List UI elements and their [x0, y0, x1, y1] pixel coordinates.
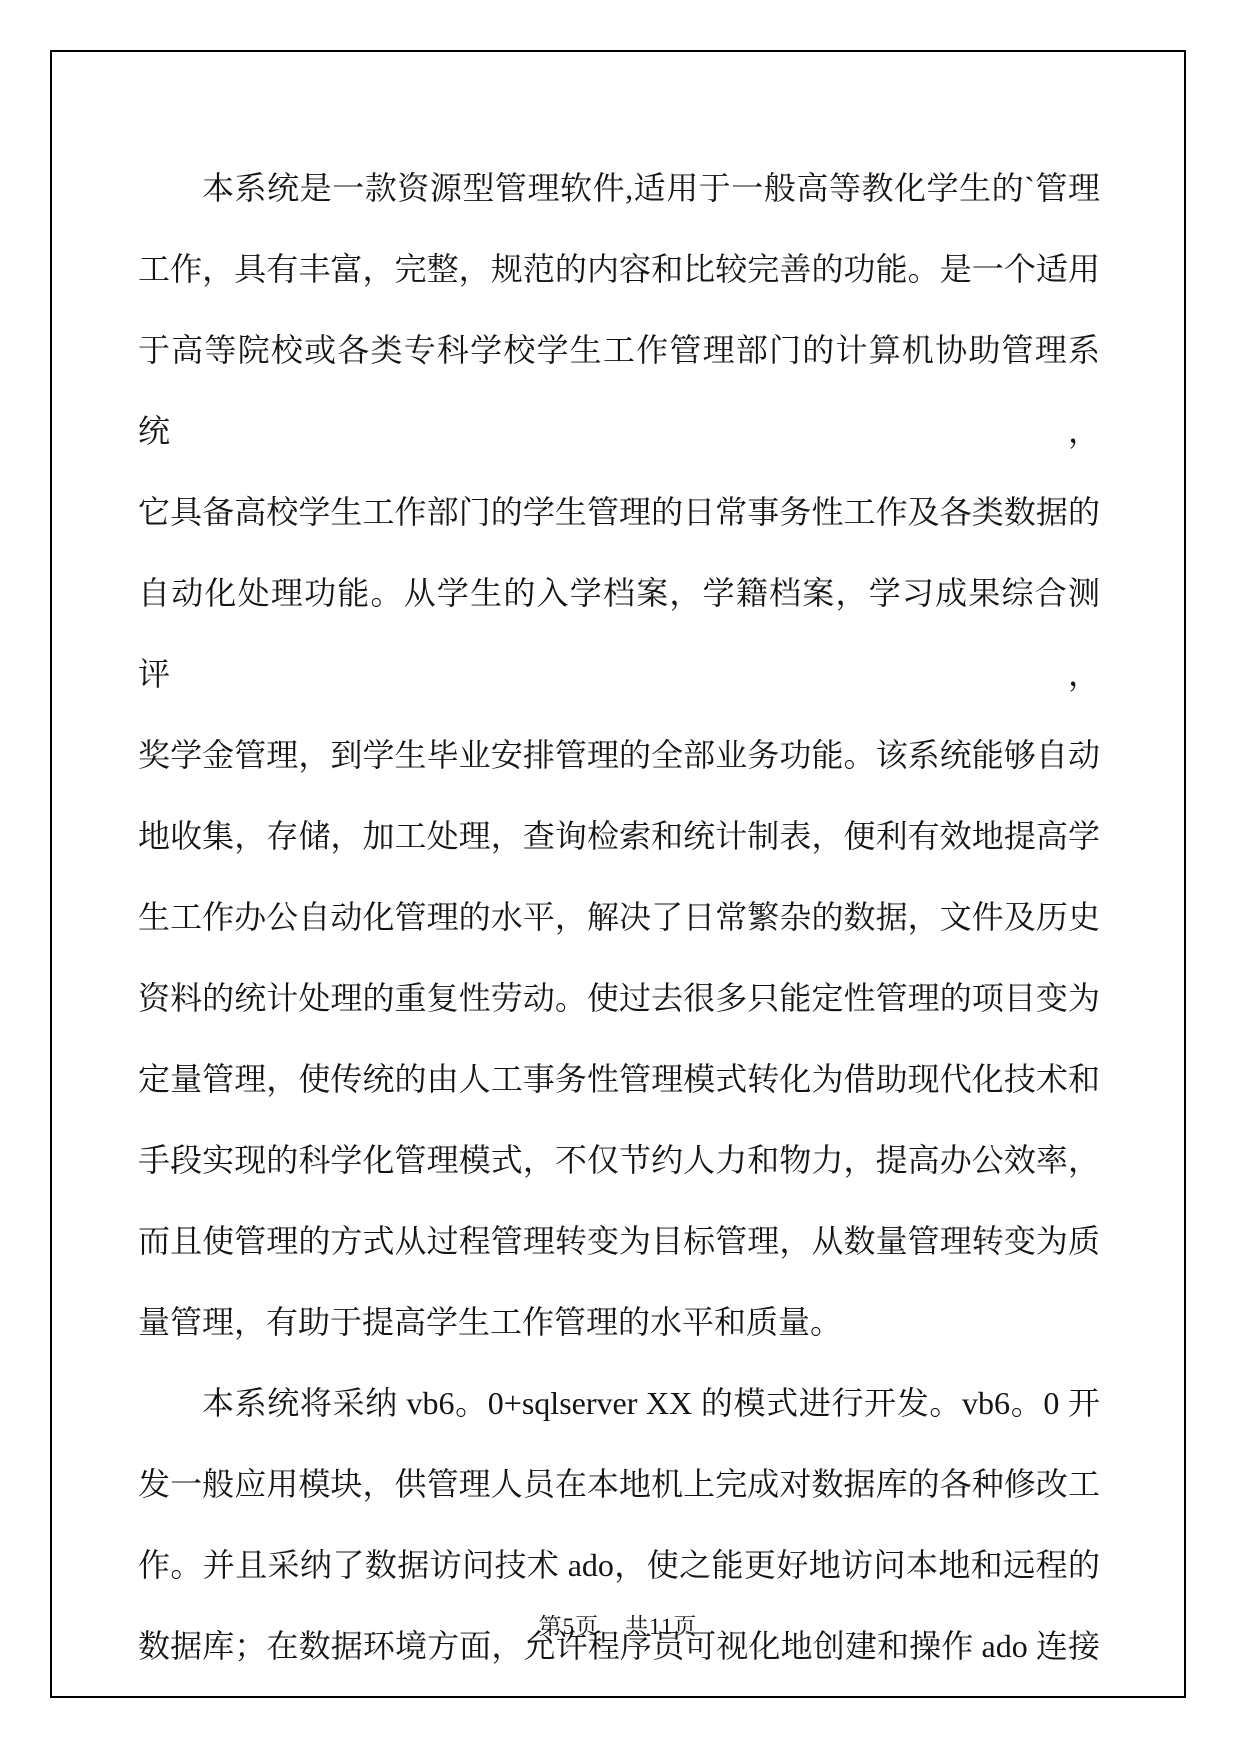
text-line: 发一般应用模块，供管理人员在本地机上完成对数据库的各种修改工 — [138, 1444, 1100, 1525]
text-line: 作。并且采纳了数据访问技术 ado，使之能更好地访问本地和远程的 — [138, 1525, 1100, 1606]
page-number-label: 第5页 — [539, 1614, 600, 1639]
page-total-label: 共11页 — [625, 1614, 697, 1639]
text-line: 生工作办公自动化管理的水平，解决了日常繁杂的数据，文件及历史 — [138, 877, 1100, 958]
page-footer: 第5页共11页 — [52, 1608, 1184, 1641]
text-line: 奖学金管理，到学生毕业安排管理的全部业务功能。该系统能够自动 — [138, 715, 1100, 796]
text-line: 工作，具有丰富，完整，规范的内容和比较完善的功能。是一个适用 — [138, 229, 1100, 310]
document-body: 本系统是一款资源型管理软件,适用于一般高等教化学生的`管理工作，具有丰富，完整，… — [52, 52, 1184, 1687]
text-line: 本系统将采纳 vb6。0+sqlserver XX 的模式进行开发。vb6。0 … — [138, 1363, 1100, 1444]
paragraph-1: 本系统是一款资源型管理软件,适用于一般高等教化学生的`管理工作，具有丰富，完整，… — [138, 148, 1100, 1363]
text-line: 定量管理，使传统的由人工事务性管理模式转化为借助现代化技术和 — [138, 1039, 1100, 1120]
text-line: 而且使管理的方式从过程管理转变为目标管理，从数量管理转变为质 — [138, 1201, 1100, 1282]
document-page: 本系统是一款资源型管理软件,适用于一般高等教化学生的`管理工作，具有丰富，完整，… — [50, 50, 1186, 1698]
text-line: 本系统是一款资源型管理软件,适用于一般高等教化学生的`管理 — [138, 148, 1100, 229]
text-line: 地收集，存储，加工处理，查询检索和统计制表，便利有效地提高学 — [138, 796, 1100, 877]
text-line: 自动化处理功能。从学生的入学档案，学籍档案，学习成果综合测评， — [138, 553, 1100, 715]
text-line: 它具备高校学生工作部门的学生管理的日常事务性工作及各类数据的 — [138, 472, 1100, 553]
text-line: 于高等院校或各类专科学校学生工作管理部门的计算机协助管理系统， — [138, 310, 1100, 472]
text-line: 手段实现的科学化管理模式，不仅节约人力和物力，提高办公效率， — [138, 1120, 1100, 1201]
text-line: 量管理，有助于提高学生工作管理的水平和质量。 — [138, 1282, 1100, 1363]
text-line: 资料的统计处理的重复性劳动。使过去很多只能定性管理的项目变为 — [138, 958, 1100, 1039]
